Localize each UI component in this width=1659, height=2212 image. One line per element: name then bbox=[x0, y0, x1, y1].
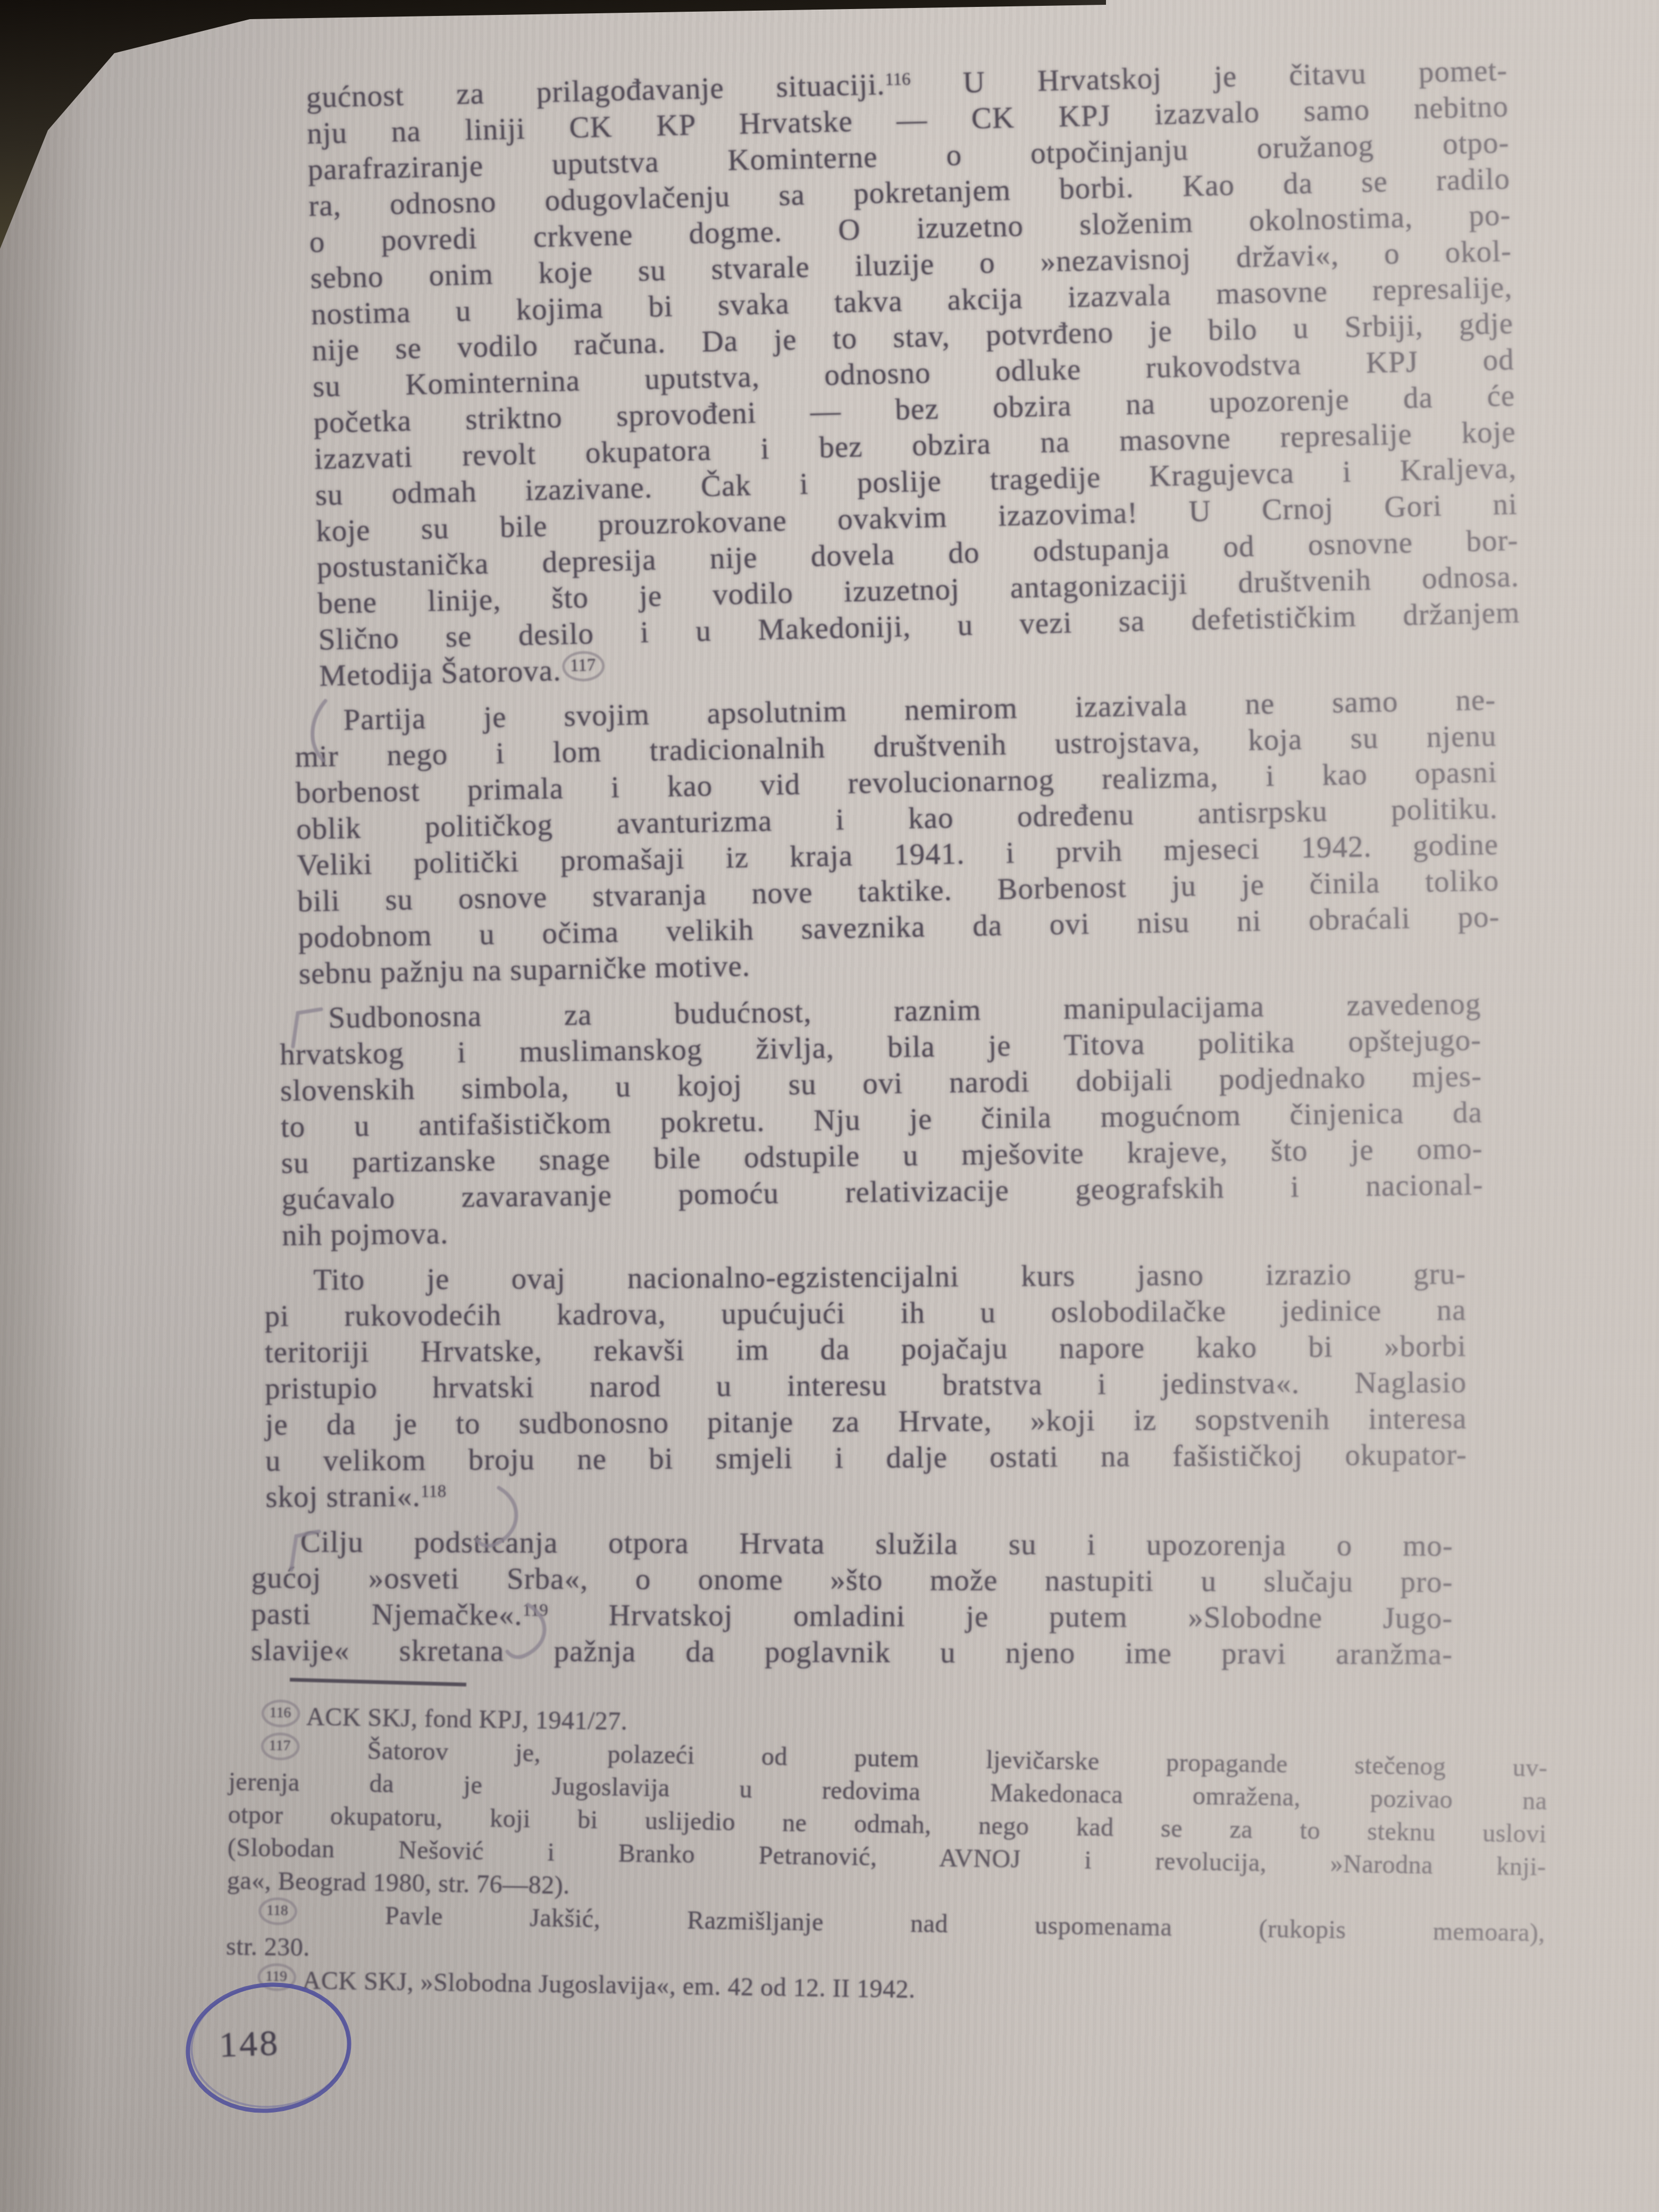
text-line: slavije« skretana pažnja da poglavnik u … bbox=[251, 1632, 1453, 1673]
footnote-marker-circled: 119 bbox=[257, 1963, 296, 1991]
page-number: 148 bbox=[219, 2022, 281, 2066]
text-line: Tito je ovaj nacionalno-egzistencijalni … bbox=[264, 1256, 1466, 1298]
paragraph: 117 Šatorov je, polazeći od putem ljevič… bbox=[227, 1732, 1547, 1917]
footnote-marker-circled: 117 bbox=[261, 1732, 299, 1760]
body-text-block: gućnost za prilagođavanje situaciji.116 … bbox=[306, 80, 1507, 1677]
text-line: pristupio hrvatski narod u interesu brat… bbox=[265, 1364, 1467, 1407]
footnote-marker-circled: 118 bbox=[258, 1897, 297, 1925]
text-line: pi rukovodećih kadrova, upućujući ih u o… bbox=[264, 1292, 1466, 1335]
text-line: gućoj »osveti Srba«, o onome »što može n… bbox=[252, 1560, 1453, 1601]
footnote-marker: 116 bbox=[885, 70, 911, 89]
footnotes-block: 116 ACK SKJ, fond KPJ, 1941/27.117 Šator… bbox=[225, 1699, 1548, 2016]
footnote-marker: 119 bbox=[522, 1601, 548, 1620]
paragraph: Sudbonosna za budućnost, raznim manipula… bbox=[279, 986, 1484, 1254]
text-line: skoj strani«.118 bbox=[265, 1473, 1467, 1515]
footnote-marker-circled: 116 bbox=[261, 1699, 300, 1727]
text-line: teritoriji Hrvatske, rekavši im da pojač… bbox=[265, 1328, 1467, 1371]
paragraph: Tito je ovaj nacionalno-egzistencijalni … bbox=[264, 1256, 1467, 1515]
paragraph: gućnost za prilagođavanje situaciji.116 … bbox=[306, 53, 1521, 694]
paragraph: Partija je svojim apsolutnim nemirom iza… bbox=[294, 682, 1501, 992]
paragraph: Cilju podsticanja otpora Hrvata služila … bbox=[251, 1524, 1453, 1673]
text-line: Cilju podsticanja otpora Hrvata služila … bbox=[252, 1524, 1453, 1564]
book-page-photo: gućnost za prilagođavanje situaciji.116 … bbox=[0, 0, 1659, 2212]
text-line: je da je to sudbonosno pitanje za Hrvate… bbox=[265, 1401, 1467, 1443]
text-line: pasti Njemačke«.119 Hrvatskoj omladini j… bbox=[251, 1596, 1453, 1637]
footnote-marker-circled: 117 bbox=[562, 650, 605, 682]
text-line: u velikom broju ne bi smjeli i dalje ost… bbox=[265, 1437, 1467, 1479]
footnote-marker: 118 bbox=[421, 1482, 447, 1501]
